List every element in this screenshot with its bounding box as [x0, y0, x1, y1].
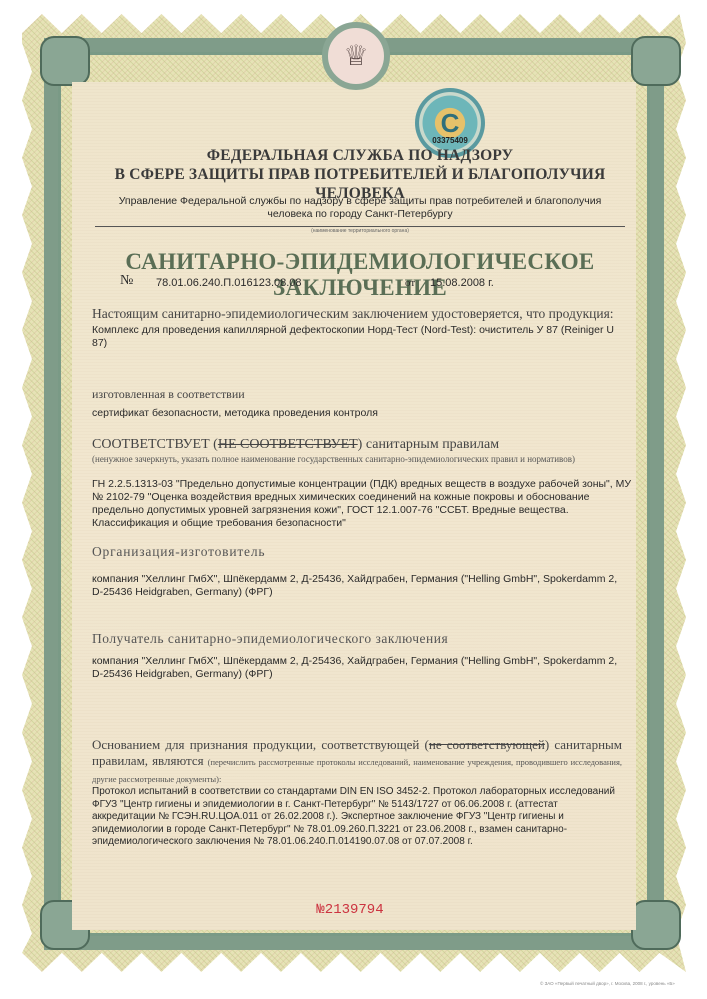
basis-label-struck: не соответствующей: [429, 737, 545, 752]
coat-of-arms-icon: ♕: [322, 22, 390, 90]
document-number: 78.01.06.240.П.016123.08.08: [156, 277, 302, 289]
ornament-corner-icon: [631, 36, 681, 86]
agency-line-1: ФЕДЕРАЛЬНАЯ СЛУЖБА ПО НАДЗОРУ: [80, 146, 640, 165]
complies-text: СООТВЕТСТВУЕТ: [92, 437, 210, 452]
not-complies-struck: НЕ СООТВЕТСТВУЕТ: [218, 437, 358, 452]
compliance-note: (ненужное зачеркнуть, указать полное наи…: [92, 454, 632, 465]
manufacturer-value: компания "Хеллинг ГмбХ", Шпёкердамм 2, Д…: [92, 573, 622, 599]
basis-label-start: Основанием для признания продукции, соот…: [92, 737, 429, 752]
basis-label: Основанием для признания продукции, соот…: [92, 737, 622, 787]
hologram-symbol: С: [441, 108, 460, 139]
recipient-label: Получатель санитарно-эпидемиологического…: [92, 631, 448, 647]
document-date: 15.08.2008 г.: [430, 277, 494, 289]
compliance-line: СООТВЕТСТВУЕТ (НЕ СООТВЕТСТВУЕТ) санитар…: [92, 437, 499, 453]
product-label: Настоящим санитарно-эпидемиологическим з…: [92, 306, 632, 322]
manufacturer-label: Организация-изготовитель: [92, 544, 265, 560]
department-name: Управление Федеральной службы по надзору…: [95, 195, 625, 221]
recipient-value: компания "Хеллинг ГмбХ", Шпёкердамм 2, Д…: [92, 655, 622, 681]
ornament-corner-icon: [631, 900, 681, 950]
product-value: Комплекс для проведения капиллярной дефе…: [92, 324, 622, 350]
number-label: №: [120, 273, 133, 289]
serial-number: №2139794: [250, 902, 450, 918]
date-label: от: [405, 277, 415, 289]
compliance-suffix: санитарным правилам: [366, 437, 499, 452]
basis-value: Протокол испытаний в соответствии со ста…: [92, 786, 622, 849]
manufactured-label: изготовленная в соответствии: [92, 387, 245, 402]
document-title: САНИТАРНО-ЭПИДЕМИОЛОГИЧЕСКОЕ ЗАКЛЮЧЕНИЕ: [80, 249, 640, 301]
compliance-value: ГН 2.2.5.1313-03 "Предельно допустимые к…: [92, 478, 632, 530]
printer-note: © ЗАО «Первый печатный двор», г. Москва,…: [540, 981, 705, 986]
ornament-corner-icon: [40, 36, 90, 86]
divider: [95, 226, 625, 227]
department-caption: (наименование территориального органа): [95, 228, 625, 234]
hologram-code: 03375409: [432, 136, 468, 145]
manufactured-value: сертификат безопасности, методика провед…: [92, 407, 378, 419]
